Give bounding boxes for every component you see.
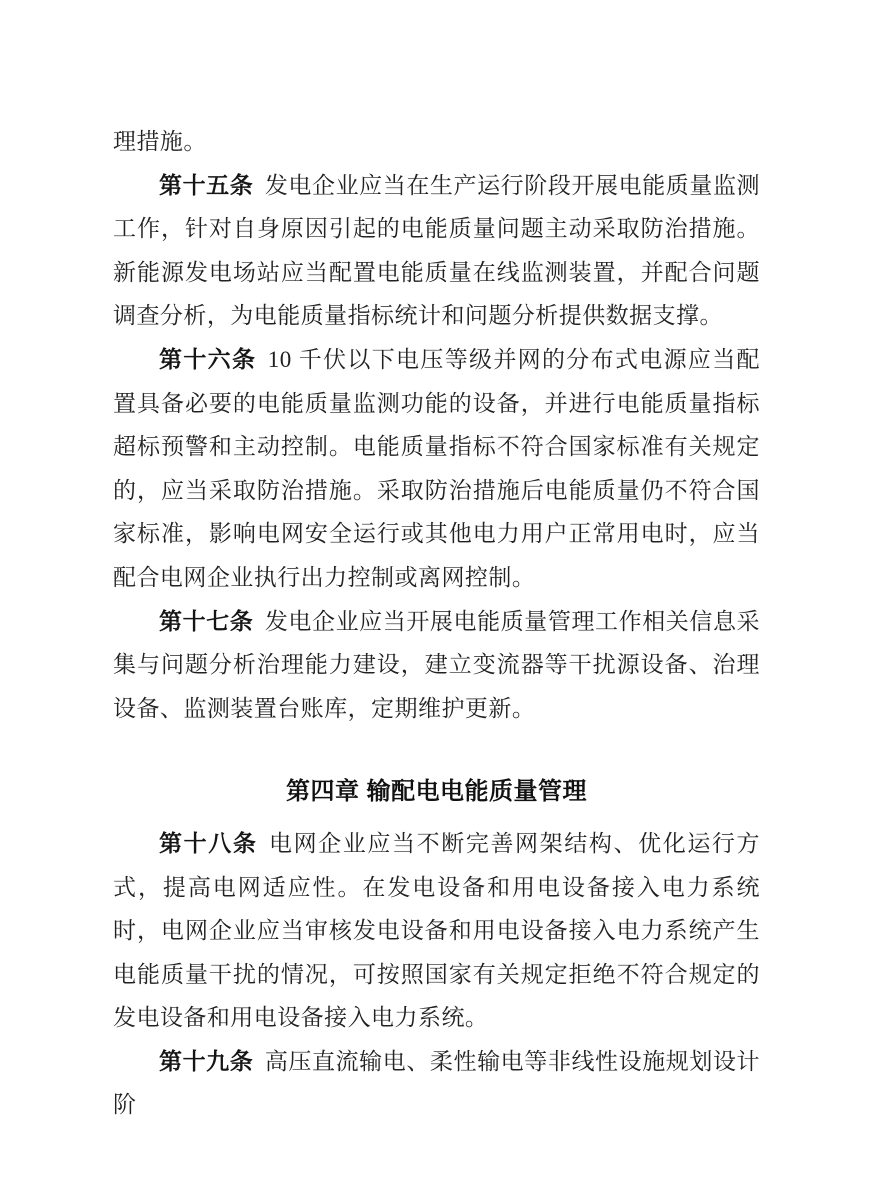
article-text-16: 10 千伏以下电压等级并网的分布式电源应当配置具备必要的电能质量监测功能的设备，… <box>113 347 760 590</box>
continuation-paragraph: 理措施。 <box>113 120 760 164</box>
article-paragraph-16: 第十六条10 千伏以下电压等级并网的分布式电源应当配置具备必要的电能质量监测功能… <box>113 338 760 600</box>
article-label-18: 第十八条 <box>159 830 257 856</box>
article-paragraph-15: 第十五条发电企业应当在生产运行阶段开展电能质量监测工作，针对自身原因引起的电能质… <box>113 164 760 338</box>
article-label-15: 第十五条 <box>159 172 253 198</box>
document-content: 理措施。 第十五条发电企业应当在生产运行阶段开展电能质量监测工作，针对自身原因引… <box>113 120 760 1127</box>
article-paragraph-17: 第十七条发电企业应当开展电能质量管理工作相关信息采集与问题分析治理能力建设，建立… <box>113 600 760 731</box>
article-paragraph-18: 第十八条电网企业应当不断完善网架结构、优化运行方式，提高电网适应性。在发电设备和… <box>113 822 760 1040</box>
article-label-16: 第十六条 <box>159 346 256 372</box>
chapter-heading: 第四章 输配电电能质量管理 <box>113 770 760 814</box>
article-label-19: 第十九条 <box>159 1048 253 1074</box>
article-text-18: 电网企业应当不断完善网架结构、优化运行方式，提高电网适应性。在发电设备和用电设备… <box>113 831 760 1030</box>
article-paragraph-19: 第十九条高压直流输电、柔性输电等非线性设施规划设计阶 <box>113 1040 760 1127</box>
article-label-17: 第十七条 <box>159 608 253 634</box>
document-page: 理措施。 第十五条发电企业应当在生产运行阶段开展电能质量监测工作，针对自身原因引… <box>0 0 873 1184</box>
